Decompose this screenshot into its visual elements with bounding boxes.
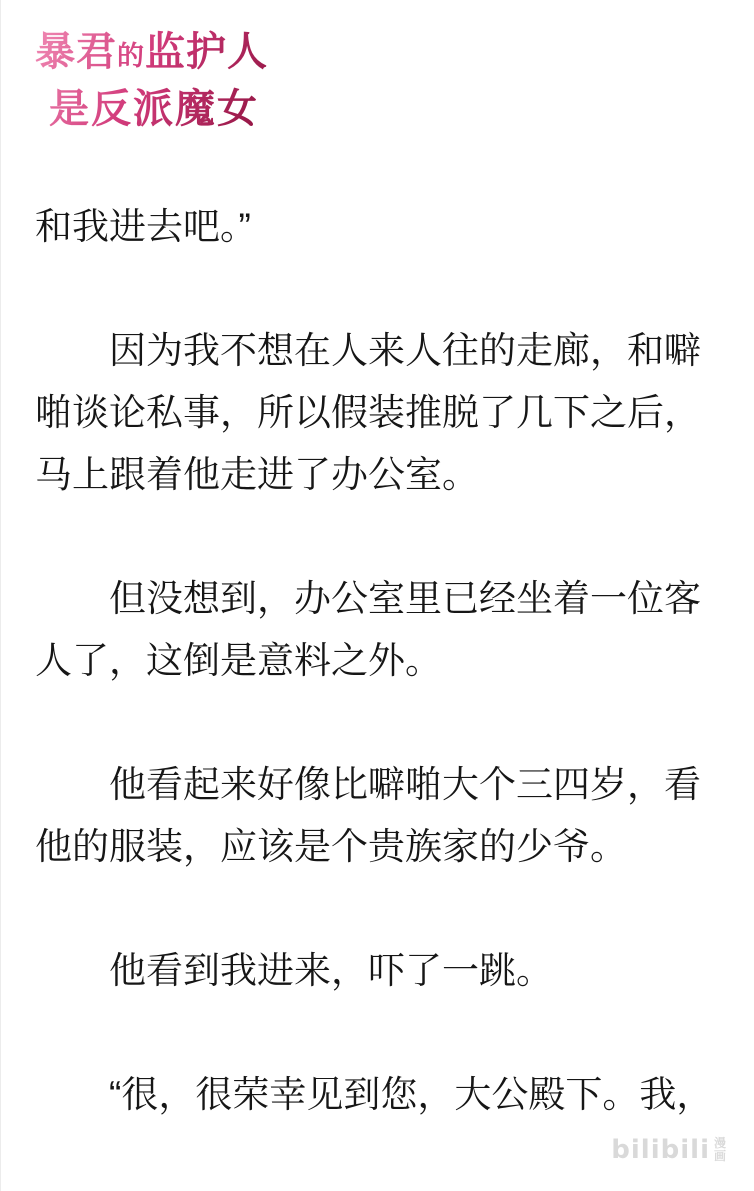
paragraph: 因为我不想在人来人往的走廊，和噼啪谈论私事，所以假装推脱了几下之后，马上跟着他走… — [1, 320, 754, 506]
text-line: 但没想到，办公室里已经坐着一位客 — [1, 568, 754, 630]
manga-seal-char2: 画 — [714, 1150, 726, 1163]
paragraph: 他看起来好像比噼啪大个三四岁，看他的服装，应该是个贵族家的少爷。 — [1, 754, 754, 878]
bilibili-logo: bilibili — [611, 1135, 710, 1165]
logo-text-part3: 监护人 — [145, 28, 268, 75]
text-content: 和我进去吧。”因为我不想在人来人往的走廊，和噼啪谈论私事，所以假装推脱了几下之后… — [1, 196, 754, 1188]
text-line: 马上跟着他走进了办公室。 — [1, 444, 754, 506]
text-line: 他的服装，应该是个贵族家的少爷。 — [1, 816, 754, 878]
logo-title-line1: 暴君的监护人 — [35, 26, 268, 83]
text-line: 啪谈论私事，所以假装推脱了几下之后， — [1, 382, 754, 444]
text-line: 和我进去吧。” — [1, 196, 754, 258]
text-line: 因为我不想在人来人往的走廊，和噼 — [1, 320, 754, 382]
logo-title-line2: 是反派魔女 — [49, 83, 268, 135]
text-line: “很，很荣幸见到您，大公殿下。我， — [1, 1064, 754, 1126]
logo-text-part1: 暴君 — [35, 28, 117, 75]
logo-text-part2: 的 — [117, 41, 145, 72]
series-logo: 暴君的监护人 是反派魔女 — [35, 26, 268, 135]
text-line: 他看起来好像比噼啪大个三四岁，看 — [1, 754, 754, 816]
paragraph: 但没想到，办公室里已经坐着一位客人了，这倒是意料之外。 — [1, 568, 754, 692]
paragraph: “很，很荣幸见到您，大公殿下。我， — [1, 1064, 754, 1126]
text-line: 人了，这倒是意料之外。 — [1, 630, 754, 692]
paragraph: 他看到我进来，吓了一跳。 — [1, 940, 754, 1002]
bilibili-watermark: bilibili 漫 画 — [611, 1135, 726, 1165]
manga-seal-icon: 漫 画 — [714, 1137, 726, 1163]
paragraph: 和我进去吧。” — [1, 196, 754, 258]
text-line: 他看到我进来，吓了一跳。 — [1, 940, 754, 1002]
